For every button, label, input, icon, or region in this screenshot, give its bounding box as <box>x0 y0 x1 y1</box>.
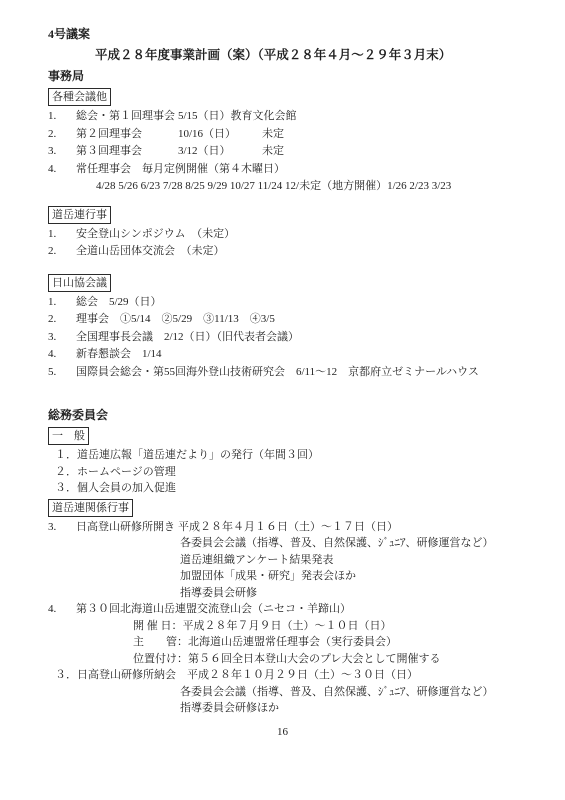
item-number: 4. <box>48 161 76 179</box>
item-label: 第３回理事会 <box>76 143 178 161</box>
item-detail: 常任理事会 毎月定例開催（第４木曜日） <box>76 163 285 175</box>
item-status: 未定 <box>262 128 284 140</box>
list-item: 4.常任理事会 毎月定例開催（第４木曜日） <box>48 161 537 179</box>
section-heading-jimukyoku: 事務局 <box>48 66 537 86</box>
list-item: 3.第３回理事会3/12（日）未定 <box>48 143 537 161</box>
item-detail: 全国理事長会議 2/12（日）（旧代表者会議） <box>76 331 299 343</box>
list-item: 2.理事会 ①5/14 ②5/29 ③11/13 ④3/5 <box>48 311 537 329</box>
event-detail: 各委員会会議（指導、普及、自然保護、ｼﾞｭﾆｱ、研修運営など） <box>48 535 537 552</box>
list-item: 2.全道山岳団体交流会 （未定） <box>48 243 537 261</box>
document-title: 平成２８年度事業計画（案）（平成２８年４月～２９年３月末） <box>48 44 537 66</box>
list-item: ２．ホームページの管理 <box>48 464 537 481</box>
box-label-row: 道岳連行事 <box>48 206 537 225</box>
item-detail: 5/15（日）教育文化会館 <box>178 110 297 122</box>
box-label-kankei: 道岳連関係行事 <box>48 499 133 517</box>
box-label-gyoji: 道岳連行事 <box>48 206 111 224</box>
item-detail: 理事会 ①5/14 ②5/29 ③11/13 ④3/5 <box>76 313 275 325</box>
list-item: 5.国際員会総会・第55回海外登山技術研究会 6/11～12 京都府立ゼミナール… <box>48 364 537 382</box>
somu-section: 一 般 １．道岳連広報「道岳連だより」の発行（年間３回） ２．ホームページの管理… <box>48 427 537 717</box>
agenda-number: 4号議案 <box>48 24 537 44</box>
list-item: 4.新春懇談会 1/14 <box>48 346 537 364</box>
monthly-dates-row: 4/28 5/26 6/23 7/28 8/25 9/29 10/27 11/2… <box>48 178 537 196</box>
event-title: 第３０回北海道山岳連盟交流登山会（ニセコ・羊蹄山） <box>76 603 351 615</box>
event-date: 平成２８年４月１６日（土）～１７日（日） <box>178 521 398 533</box>
event-detail: 各委員会会議（指導、普及、自然保護、ｼﾞｭﾆｱ、研修運営など） <box>48 684 537 701</box>
box-label-ippan: 一 般 <box>48 427 89 445</box>
box-label-row: 各種会議他 <box>48 88 537 107</box>
item-detail: 総会 5/29（日） <box>76 296 162 308</box>
event-detail: 道岳連組織アンケート結果発表 <box>48 552 537 569</box>
list-item: 1.安全登山シンポジウム （未定） <box>48 226 537 244</box>
document-page: 4号議案 平成２８年度事業計画（案）（平成２８年４月～２９年３月末） 事務局 各… <box>0 0 565 800</box>
event-detail: 開 催 日：平成２８年７月９日（土）～１０日（日） <box>48 618 537 635</box>
event-detail: 指導委員会研修 <box>48 585 537 602</box>
item-number: 3. <box>48 143 76 161</box>
box-label-nissankyo: 日山協会議 <box>48 274 111 292</box>
item-number: 5. <box>48 364 76 382</box>
event-label: 日高登山研修所開き <box>76 519 178 536</box>
item-detail: 新春懇談会 1/14 <box>76 348 162 360</box>
item-number: 2. <box>48 311 76 329</box>
list-item: 3.全国理事長会議 2/12（日）（旧代表者会議） <box>48 329 537 347</box>
event-detail: 加盟団体「成果・研究」発表会ほか <box>48 568 537 585</box>
box-label-row: 一 般 <box>48 427 537 446</box>
item-label: 第２回理事会 <box>76 126 178 144</box>
event-heading: 4.第３０回北海道山岳連盟交流登山会（ニセコ・羊蹄山） <box>48 601 537 618</box>
item-number: 2. <box>48 243 76 261</box>
item-date: 10/16（日） <box>178 126 262 144</box>
event-heading: 3.日高登山研修所開き平成２８年４月１６日（土）～１７日（日） <box>48 519 537 536</box>
item-label: 総会・第１回理事会 <box>76 108 178 126</box>
item-status: 未定 <box>262 145 284 157</box>
list-item: 1.総会 5/29（日） <box>48 294 537 312</box>
document-content: 4号議案 平成２８年度事業計画（案）（平成２８年４月～２９年３月末） 事務局 各… <box>0 0 565 717</box>
list-item: ３．個人会員の加入促進 <box>48 480 537 497</box>
item-number: 4. <box>48 346 76 364</box>
event-detail: 位置付け：第５６回全日本登山大会のプレ大会として開催する <box>48 651 537 668</box>
item-number: 4. <box>48 601 76 618</box>
box-label-kaigi: 各種会議他 <box>48 88 111 106</box>
item-number: 1. <box>48 108 76 126</box>
list-item: １．道岳連広報「道岳連だより」の発行（年間３回） <box>48 447 537 464</box>
item-number: 1. <box>48 294 76 312</box>
item-detail: 全道山岳団体交流会 （未定） <box>76 245 225 257</box>
item-date: 3/12（日） <box>178 143 262 161</box>
event-detail: 主 管：北海道山岳連盟常任理事会（実行委員会） <box>48 634 537 651</box>
box-label-row: 日山協会議 <box>48 274 537 293</box>
event-heading: ３．日高登山研修所納会 平成２８年１０月２９日（土）～３０日（日） <box>48 667 537 684</box>
item-number: 1. <box>48 226 76 244</box>
list-item: 1.総会・第１回理事会5/15（日）教育文化会館 <box>48 108 537 126</box>
event-detail: 指導委員会研修ほか <box>48 700 537 717</box>
item-detail: 安全登山シンポジウム （未定） <box>76 228 235 240</box>
item-number: 3. <box>48 519 76 536</box>
section-heading-somu: 総務委員会 <box>48 405 537 425</box>
list-item: 2.第２回理事会10/16（日）未定 <box>48 126 537 144</box>
item-detail: 国際員会総会・第55回海外登山技術研究会 6/11～12 京都府立ゼミナールハウ… <box>76 366 479 378</box>
page-number: 16 <box>0 726 565 738</box>
box-label-row: 道岳連関係行事 <box>48 499 537 518</box>
item-number: 2. <box>48 126 76 144</box>
item-number: 3. <box>48 329 76 347</box>
